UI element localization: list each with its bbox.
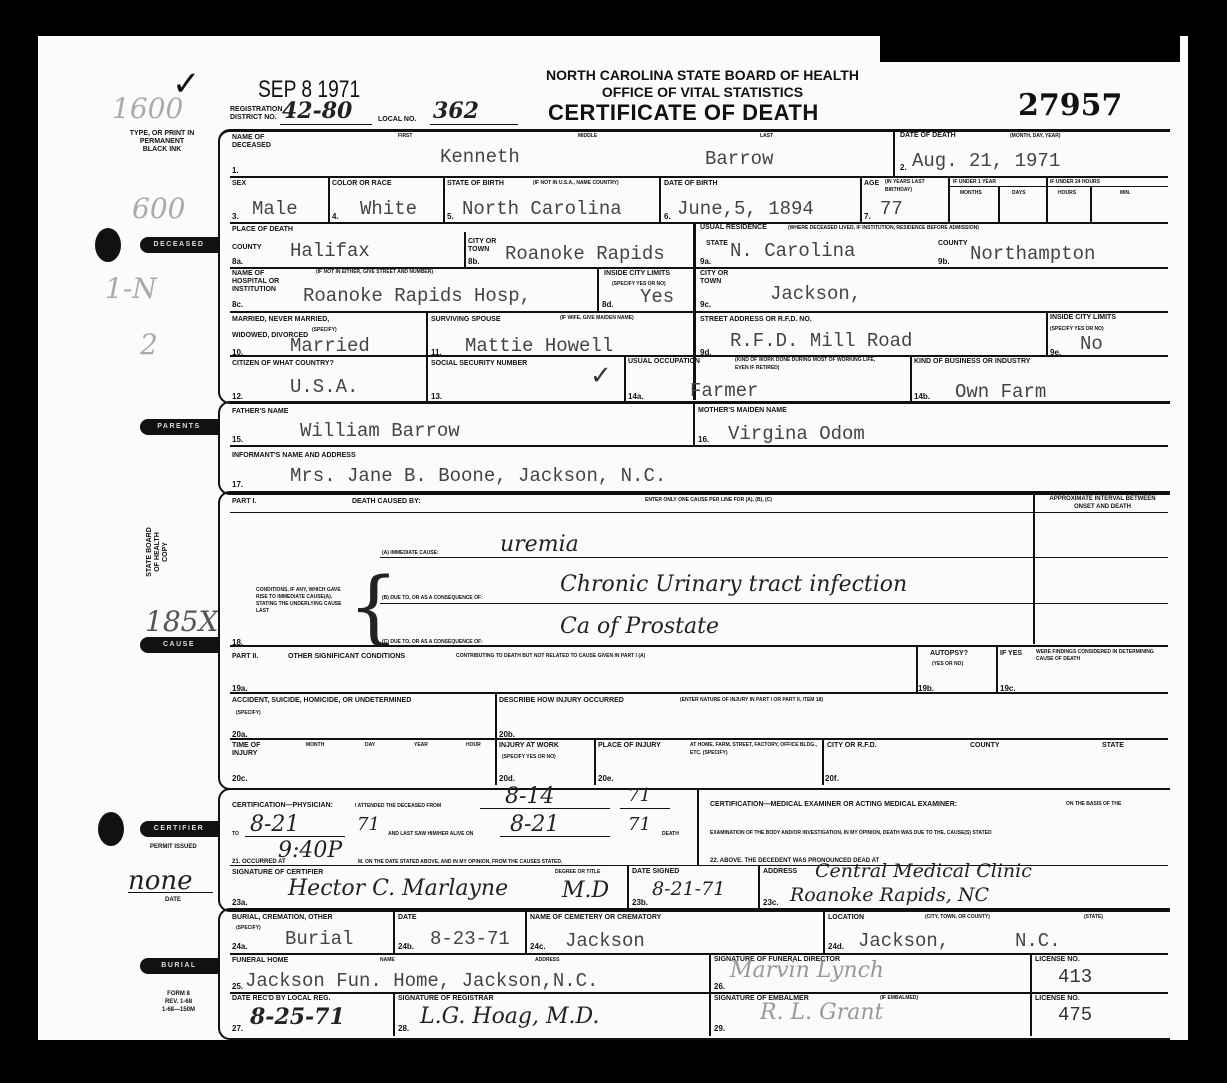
certifier-address-line2: Roanoke Rapids, NC [790,884,989,906]
permit-issued-label: Permit issued [150,843,197,851]
document-title: CERTIFICATE OF DEATH [548,100,819,126]
race-value: White [360,198,417,220]
father-name-value: William Barrow [300,420,460,442]
embalmer-license-value: 475 [1058,1004,1092,1026]
punch-hole [98,812,124,846]
mother-name-value: Virgina Odom [728,423,865,445]
death-county-value: Halifax [290,240,370,262]
marital-status-value: Married [290,335,370,357]
attended-from-year: 71 [628,785,651,806]
date-of-death-value: Aug. 21, 1971 [912,150,1060,172]
certifier-signature: Hector C. Marlayne [288,876,508,901]
location-value: Jackson, [858,930,949,952]
burial-date-value: 8-23-71 [430,928,510,950]
inside-city-residence-value: No [1080,333,1103,355]
registration-district-label: REGISTRATIONDISTRICT NO. [230,106,282,122]
immediate-cause-value: uremia [500,532,579,557]
tab-parents: PARENTS [140,419,218,435]
pencil-note: 2 [140,328,158,361]
cemetery-value: Jackson [565,930,645,952]
last-saw-value: 8-21 [510,812,559,837]
sex-value: Male [252,198,298,220]
pencil-note: 1-N [105,272,157,305]
informant-value: Mrs. Jane B. Boone, Jackson, N.C. [290,465,666,487]
date-label: Date [165,896,181,904]
date-of-death-label: DATE OF DEATH [900,132,956,140]
disposition-value: Burial [285,928,353,950]
state-of-birth-value: North Carolina [462,198,622,220]
date-of-birth-value: June,5, 1894 [677,198,814,220]
form-info: FORM 8REV. 1-681-68—150M [162,990,195,1014]
local-no: 362 [433,98,479,124]
certifier-address-line1: Central Medical Clinic [815,860,1032,882]
attended-from-value: 8-14 [505,784,554,809]
copy-label: STATE BOARDOF HEALTHCOPY [146,512,170,592]
location-state-value: N.C. [1015,930,1061,952]
street-address-value: R.F.D. Mill Road [730,330,912,352]
last-saw-year: 71 [628,814,651,835]
citizen-value: U.S.A. [290,376,358,398]
residence-state-value: N. Carolina [730,240,855,262]
spouse-value: Mattie Howell [465,335,613,357]
occurred-at-value: 9:40P [278,838,342,863]
tab-deceased: DECEASED [140,237,218,253]
agency-name: NORTH CAROLINA STATE BOARD OF HEALTHOFFI… [530,67,875,101]
attended-to-value: 8-21 [250,812,299,837]
registration-district-no: 42-80 [282,98,352,124]
attended-to-year: 71 [357,814,380,835]
residence-county-value: Northampton [970,243,1095,265]
director-license-value: 413 [1058,966,1092,988]
pencil-note: 600 [132,192,185,225]
embalmer-signature: R. L. Grant [760,1000,883,1025]
first-name-value: Kenneth [440,146,520,168]
tab-burial: BURIAL [140,958,218,974]
death-city-value: Roanoke Rapids [505,243,665,265]
local-no-label: LOCAL NO. [378,116,416,124]
occupation-value: Farmer [690,380,758,402]
inside-city-death-value: Yes [640,286,674,308]
scan-shadow [880,36,1180,62]
funeral-home-value: Jackson Fun. Home, Jackson,N.C. [245,970,598,992]
punch-hole [95,228,121,262]
tab-cause: CAUSE [140,637,218,653]
business-value: Own Farm [955,381,1046,403]
age-value: 77 [880,198,903,220]
cause-c-value: Ca of Prostate [560,614,719,639]
pencil-note: 1600 [112,92,183,125]
tab-certifier: CERTIFIER [140,821,218,837]
cause-b-value: Chronic Urinary tract infection [560,572,907,597]
residence-city-value: Jackson, [770,283,861,305]
pencil-note: 185X [145,605,218,638]
ssn-checkmark-icon: ✓ [590,360,612,391]
date-signed-value: 8-21-71 [652,878,725,900]
registrar-signature: L.G. Hoag, M.D. [420,1004,599,1029]
name-label: NAME OFDECEASED [232,134,271,150]
certifier-degree: M.D [562,878,609,903]
hospital-value: Roanoke Rapids Hosp, [303,285,531,307]
funeral-director-signature: Marvin Lynch [730,958,884,983]
date-received-value: 8-25-71 [250,1004,345,1030]
certificate-number: 27957 [1018,88,1122,123]
ink-instructions: TYPE, OR PRINT INPERMANENTBLACK INK [112,130,212,154]
last-name-value: Barrow [705,148,773,170]
